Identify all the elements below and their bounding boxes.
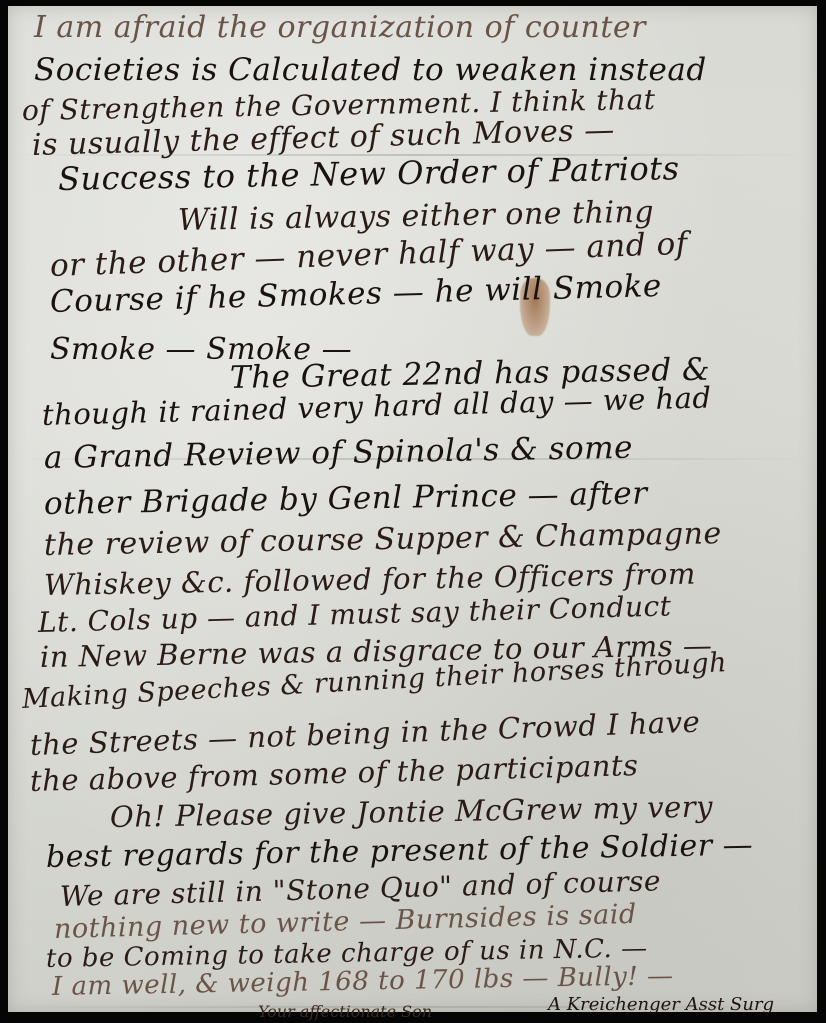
letter-signature: A Kreichenger Asst Surg: [548, 994, 774, 1015]
letter-line-2: Societies is Calculated to weaken instea…: [34, 52, 707, 88]
letter-line-1: I am afraid the organization of counter: [34, 10, 646, 45]
letter-closing: Your affectionate Son: [258, 1002, 432, 1021]
